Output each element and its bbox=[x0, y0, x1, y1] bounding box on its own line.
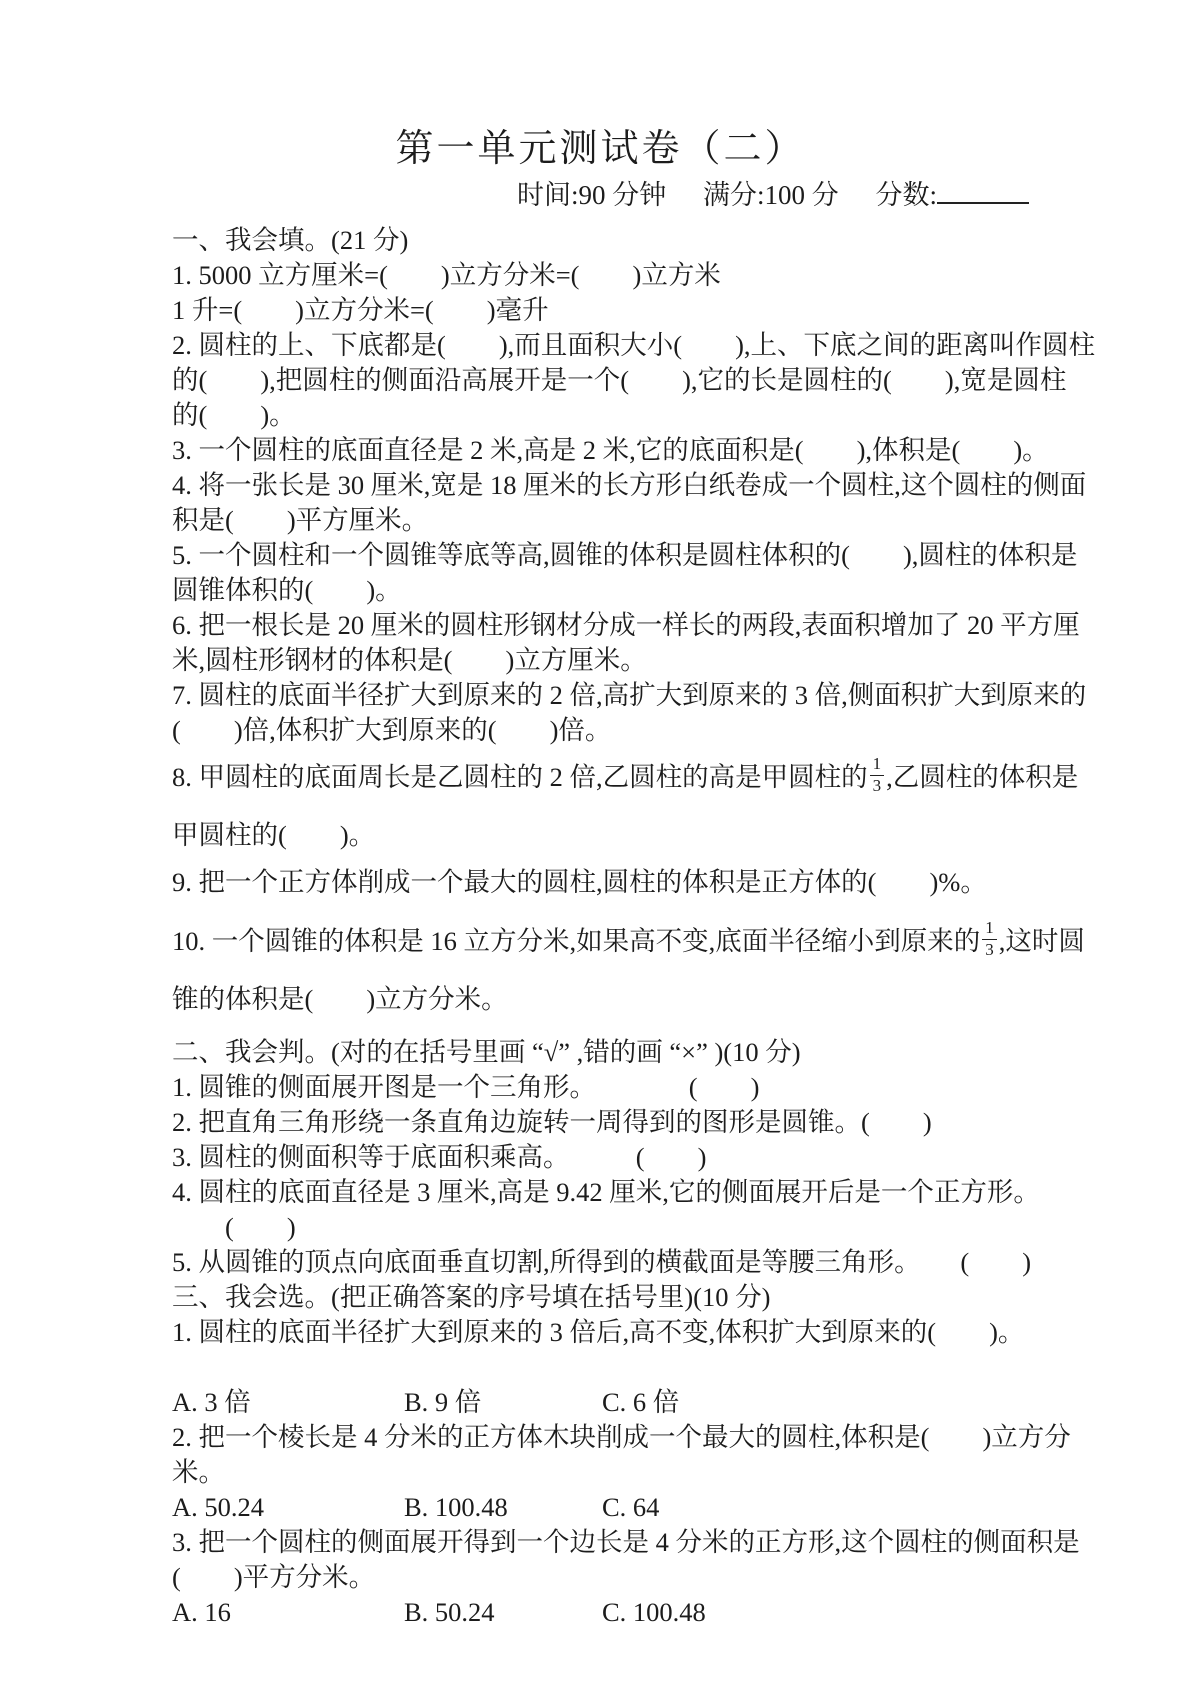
judge-q2: 2. 把直角三角形绕一条直角边旋转一周得到的图形是圆锥。( ) bbox=[172, 1105, 1029, 1140]
line-text: 三、我会选。(把正确答案的序号填在括号里)(10 分) bbox=[172, 1282, 770, 1312]
section-heading-choice: 三、我会选。(把正确答案的序号填在括号里)(10 分) bbox=[172, 1280, 1029, 1315]
choice-option: C. 100.48 bbox=[602, 1595, 706, 1630]
choice-option: B. 50.24 bbox=[404, 1595, 602, 1630]
line-text: 一、我会填。(21 分) bbox=[172, 225, 408, 255]
fraction-numerator: 1 bbox=[982, 919, 997, 940]
judge-q4-line2: ( ) bbox=[172, 1210, 1029, 1245]
fraction: 13 bbox=[982, 919, 997, 959]
choice-option: A. 50.24 bbox=[172, 1490, 404, 1525]
judge-q1: 1. 圆锥的侧面展开图是一个三角形。 ( ) bbox=[172, 1070, 1029, 1105]
line-text: 2. 圆柱的上、下底都是( ),而且面积大小( ),上、下底之间的距离叫作圆柱 bbox=[172, 330, 1095, 360]
fill-q8-line2: 甲圆柱的( )。 bbox=[172, 818, 1029, 853]
fill-q4-line1: 4. 将一张长是 30 厘米,宽是 18 厘米的长方形白纸卷成一个圆柱,这个圆柱… bbox=[172, 468, 1029, 503]
line-text: 7. 圆柱的底面半径扩大到原来的 2 倍,高扩大到原来的 3 倍,侧面积扩大到原… bbox=[172, 680, 1086, 710]
fill-q1-line1: 1. 5000 立方厘米=( )立方分米=( )立方米 bbox=[172, 258, 1029, 293]
line-text: 3. 一个圆柱的底面直径是 2 米,高是 2 米,它的底面积是( ),体积是( … bbox=[172, 435, 1049, 465]
fill-q2-line3: 的( )。 bbox=[172, 398, 1029, 433]
paper-meta: 时间:90 分钟 满分:100 分 分数: bbox=[172, 175, 1029, 215]
fill-q6-line2: 米,圆柱形钢材的体积是( )立方厘米。 bbox=[172, 643, 1029, 678]
fill-q2-line2: 的( ),把圆柱的侧面沿高展开是一个( ),它的长是圆柱的( ),宽是圆柱 bbox=[172, 363, 1029, 398]
fill-q5-line1: 5. 一个圆柱和一个圆锥等底等高,圆锥的体积是圆柱体积的( ),圆柱的体积是 bbox=[172, 538, 1029, 573]
choice-option: A. 3 倍 bbox=[172, 1385, 404, 1420]
line-text: 1 升=( )立方分米=( )毫升 bbox=[172, 295, 549, 325]
line-text: ,这时圆 bbox=[999, 924, 1085, 959]
fill-q3: 3. 一个圆柱的底面直径是 2 米,高是 2 米,它的底面积是( ),体积是( … bbox=[172, 433, 1029, 468]
choice-option: C. 64 bbox=[602, 1490, 659, 1525]
line-text: 米,圆柱形钢材的体积是( )立方厘米。 bbox=[172, 645, 647, 675]
fill-q10-line2: 锥的体积是( )立方分米。 bbox=[172, 982, 1029, 1017]
fill-q4-line2: 积是( )平方厘米。 bbox=[172, 503, 1029, 538]
choice-option: A. 16 bbox=[172, 1595, 404, 1630]
line-text: 4. 将一张长是 30 厘米,宽是 18 厘米的长方形白纸卷成一个圆柱,这个圆柱… bbox=[172, 470, 1086, 500]
line-text: 10. 一个圆锥的体积是 16 立方分米,如果高不变,底面半径缩小到原来的 bbox=[172, 924, 980, 959]
line-text: 8. 甲圆柱的底面周长是乙圆柱的 2 倍,乙圆柱的高是甲圆柱的 bbox=[172, 760, 868, 795]
fill-q8-line1: 8. 甲圆柱的底面周长是乙圆柱的 2 倍,乙圆柱的高是甲圆柱的13,乙圆柱的体积… bbox=[172, 748, 1029, 806]
fill-q6-line1: 6. 把一根长是 20 厘米的圆柱形钢材分成一样长的两段,表面积增加了 20 平… bbox=[172, 608, 1029, 643]
line-text: 积是( )平方厘米。 bbox=[172, 505, 428, 535]
line-text: ,乙圆柱的体积是 bbox=[886, 760, 1078, 795]
document-body: 一、我会填。(21 分)1. 5000 立方厘米=( )立方分米=( )立方米1… bbox=[172, 223, 1029, 1630]
fill-q7-line1: 7. 圆柱的底面半径扩大到原来的 2 倍,高扩大到原来的 3 倍,侧面积扩大到原… bbox=[172, 678, 1029, 713]
line-text: 二、我会判。(对的在括号里画 “√” ,错的画 “×” )(10 分) bbox=[172, 1037, 801, 1067]
choice-q1: 1. 圆柱的底面半径扩大到原来的 3 倍后,高不变,体积扩大到原来的( )。 bbox=[172, 1315, 1029, 1350]
fraction-denominator: 3 bbox=[985, 940, 994, 960]
fill-q10-line1: 10. 一个圆锥的体积是 16 立方分米,如果高不变,底面半径缩小到原来的13,… bbox=[172, 912, 1029, 970]
choice-q2-line1: 2. 把一个棱长是 4 分米的正方体木块削成一个最大的圆柱,体积是( )立方分 bbox=[172, 1420, 1029, 1455]
line-text: 的( )。 bbox=[172, 400, 296, 430]
choice-q2-options: A. 50.24B. 100.48C. 64 bbox=[172, 1490, 1029, 1525]
judge-q4-line1: 4. 圆柱的底面直径是 3 厘米,高是 9.42 厘米,它的侧面展开后是一个正方… bbox=[172, 1175, 1029, 1210]
fraction-numerator: 1 bbox=[870, 755, 885, 776]
line-text: 1. 5000 立方厘米=( )立方分米=( )立方米 bbox=[172, 260, 721, 290]
line-text: 1. 圆柱的底面半径扩大到原来的 3 倍后,高不变,体积扩大到原来的( )。 bbox=[172, 1317, 1024, 1347]
fill-q2-line1: 2. 圆柱的上、下底都是( ),而且面积大小( ),上、下底之间的距离叫作圆柱 bbox=[172, 328, 1029, 363]
line-text: 9. 把一个正方体削成一个最大的圆柱,圆柱的体积是正方体的( )%。 bbox=[172, 867, 987, 897]
line-text: ( ) bbox=[172, 1212, 296, 1242]
choice-q3-options: A. 16B. 50.24C. 100.48 bbox=[172, 1595, 1029, 1630]
line-text: 锥的体积是( )立方分米。 bbox=[172, 984, 508, 1014]
line-text: 甲圆柱的( )。 bbox=[172, 820, 375, 850]
fraction-denominator: 3 bbox=[873, 776, 882, 796]
choice-q3-line2: ( )平方分米。 bbox=[172, 1560, 1029, 1595]
line-text: 4. 圆柱的底面直径是 3 厘米,高是 9.42 厘米,它的侧面展开后是一个正方… bbox=[172, 1177, 1040, 1207]
line-text: 米。 bbox=[172, 1457, 225, 1487]
score-label: 分数: bbox=[875, 180, 937, 210]
section-heading-fill: 一、我会填。(21 分) bbox=[172, 223, 1029, 258]
fill-q1-line2: 1 升=( )立方分米=( )毫升 bbox=[172, 293, 1029, 328]
time-label: 时间:90 分钟 bbox=[517, 180, 666, 210]
line-text: 2. 把一个棱长是 4 分米的正方体木块削成一个最大的圆柱,体积是( )立方分 bbox=[172, 1422, 1071, 1452]
fill-q9: 9. 把一个正方体削成一个最大的圆柱,圆柱的体积是正方体的( )%。 bbox=[172, 865, 1029, 900]
line-text: 2. 把直角三角形绕一条直角边旋转一周得到的图形是圆锥。( ) bbox=[172, 1107, 932, 1137]
fill-q5-line2: 圆锥体积的( )。 bbox=[172, 573, 1029, 608]
line-text: 3. 把一个圆柱的侧面展开得到一个边长是 4 分米的正方形,这个圆柱的侧面积是 bbox=[172, 1527, 1080, 1557]
judge-q3: 3. 圆柱的侧面积等于底面积乘高。 ( ) bbox=[172, 1140, 1029, 1175]
line-text: 5. 从圆锥的顶点向底面垂直切割,所得到的横截面是等腰三角形。 ( ) bbox=[172, 1247, 1031, 1277]
choice-option: B. 100.48 bbox=[404, 1490, 602, 1525]
choice-q1-options: A. 3 倍B. 9 倍C. 6 倍 bbox=[172, 1385, 1029, 1420]
page-title: 第一单元测试卷（二） bbox=[172, 125, 1029, 173]
line-text: 6. 把一根长是 20 厘米的圆柱形钢材分成一样长的两段,表面积增加了 20 平… bbox=[172, 610, 1080, 640]
full-score-label: 满分:100 分 bbox=[703, 180, 839, 210]
choice-q3-line1: 3. 把一个圆柱的侧面展开得到一个边长是 4 分米的正方形,这个圆柱的侧面积是 bbox=[172, 1525, 1029, 1560]
section-heading-judge: 二、我会判。(对的在括号里画 “√” ,错的画 “×” )(10 分) bbox=[172, 1035, 1029, 1070]
line-text: ( )平方分米。 bbox=[172, 1562, 375, 1592]
judge-q5: 5. 从圆锥的顶点向底面垂直切割,所得到的横截面是等腰三角形。 ( ) bbox=[172, 1245, 1029, 1280]
line-text: 3. 圆柱的侧面积等于底面积乘高。 ( ) bbox=[172, 1142, 706, 1172]
line-text: 1. 圆锥的侧面展开图是一个三角形。 ( ) bbox=[172, 1072, 759, 1102]
line-text: ( )倍,体积扩大到原来的( )倍。 bbox=[172, 715, 611, 745]
fill-q7-line2: ( )倍,体积扩大到原来的( )倍。 bbox=[172, 713, 1029, 748]
test-paper-page: 第一单元测试卷（二） 时间:90 分钟 满分:100 分 分数: 一、我会填。(… bbox=[0, 0, 1191, 1684]
line-text: 的( ),把圆柱的侧面沿高展开是一个( ),它的长是圆柱的( ),宽是圆柱 bbox=[172, 365, 1066, 395]
choice-option: B. 9 倍 bbox=[404, 1385, 602, 1420]
score-blank-line bbox=[937, 177, 1029, 204]
line-text: 圆锥体积的( )。 bbox=[172, 575, 402, 605]
choice-q2-line2: 米。 bbox=[172, 1455, 1029, 1490]
fraction: 13 bbox=[870, 755, 885, 795]
choice-option: C. 6 倍 bbox=[602, 1385, 679, 1420]
line-text: 5. 一个圆柱和一个圆锥等底等高,圆锥的体积是圆柱体积的( ),圆柱的体积是 bbox=[172, 540, 1077, 570]
